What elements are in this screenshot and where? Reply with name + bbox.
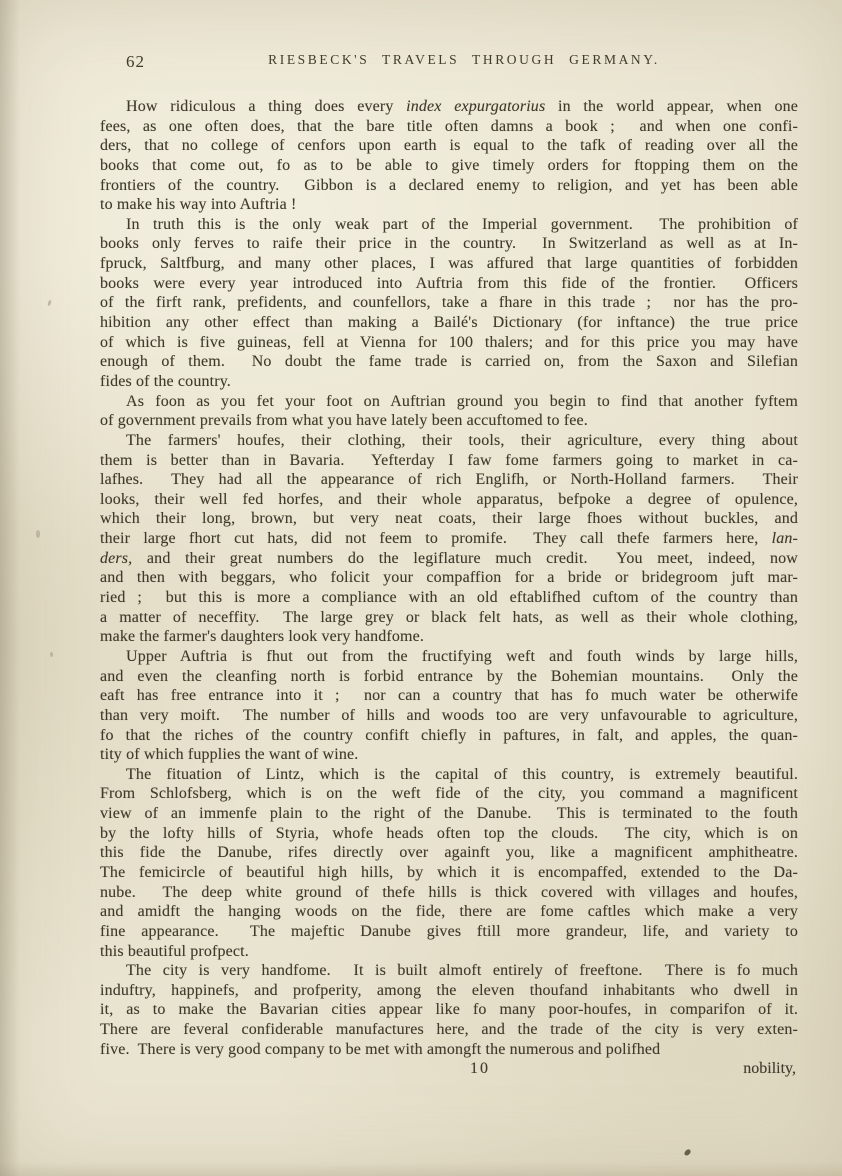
- text-line: which their long, brown, but very neat c…: [100, 509, 798, 529]
- text-line: fpruck, Saltfburg, and many other places…: [100, 254, 798, 274]
- text-line: books were every year introduced into Au…: [100, 274, 798, 294]
- text-line: it, as to make the Bavarian cities appea…: [100, 1000, 798, 1020]
- text-line: to make his way into Auftria !: [100, 195, 798, 215]
- text-line: them is better than in Bavaria. Yefterda…: [100, 451, 798, 471]
- text-line: and amidft the hanging woods on the fide…: [100, 902, 798, 922]
- text-line: induftry, happinefs, and profperity, amo…: [100, 981, 798, 1001]
- text-line: hibition any other effect than making a …: [100, 313, 798, 333]
- text-line: five. There is very good company to be m…: [100, 1040, 798, 1060]
- text-line: and then with beggars, who folicit your …: [100, 568, 798, 588]
- text-line: by the lofty hills of Styria, whofe head…: [100, 824, 798, 844]
- text-line: eaft has free entrance into it ; nor can…: [100, 686, 798, 706]
- text-line: fees, as one often does, that the bare t…: [100, 117, 798, 137]
- ink-speck: [683, 1148, 692, 1156]
- text-block: How ridiculous a thing does every index …: [100, 97, 798, 1079]
- text-line: Upper Auftria is fhut out from the fruct…: [100, 647, 798, 667]
- text-line: this beautiful profpect.: [100, 942, 798, 962]
- text-line: this fide the Danube, rifes directly ove…: [100, 843, 798, 863]
- text-line: a matter of neceffity. The large grey or…: [100, 608, 798, 628]
- text-line: From Schlofsberg, which is on the weft f…: [100, 784, 798, 804]
- text-line: of which is five guineas, fell at Vienna…: [100, 333, 798, 353]
- text-line: make the farmer's daughters look very ha…: [100, 627, 798, 647]
- running-head: 62 RIESBECK'S TRAVELS THROUGH GERMANY.: [100, 52, 798, 68]
- text-line: their large fhort cut hats, did not feem…: [100, 529, 798, 549]
- text-line: How ridiculous a thing does every index …: [100, 97, 798, 117]
- text-line: In truth this is the only weak part of t…: [100, 215, 798, 235]
- ink-speck: [50, 652, 53, 657]
- text-line: The farmers' houfes, their clothing, the…: [100, 431, 798, 451]
- text-line: lafhes. They had all the appearance of r…: [100, 470, 798, 490]
- text-line: books only ferves to raife their price i…: [100, 234, 798, 254]
- text-line: The femicircle of beautiful high hills, …: [100, 863, 798, 883]
- paragraphs: How ridiculous a thing does every index …: [100, 97, 798, 1059]
- text-line: ders, that no college of cenfors upon ea…: [100, 136, 798, 156]
- text-line: The city is very handfome. It is built a…: [100, 961, 798, 981]
- text-line: fine appearance. The majeftic Danube giv…: [100, 922, 798, 942]
- text-line: ried ; but this is more a compliance wit…: [100, 588, 798, 608]
- text-line: enough of them. No doubt the fame trade …: [100, 352, 798, 372]
- text-line: frontiers of the country. Gibbon is a de…: [100, 176, 798, 196]
- book-page-scan: 62 RIESBECK'S TRAVELS THROUGH GERMANY. H…: [0, 0, 842, 1176]
- ink-speck: [47, 300, 52, 307]
- text-line: fo that the riches of the country confif…: [100, 726, 798, 746]
- text-line: of the firft rank, prefidents, and counf…: [100, 293, 798, 313]
- text-line: As foon as you fet your foot on Auftrian…: [100, 392, 798, 412]
- text-line: fides of the country.: [100, 372, 798, 392]
- signature-line: 10 nobility,: [100, 1059, 798, 1079]
- catchword: nobility,: [743, 1059, 796, 1079]
- text-line: The fituation of Lintz, which is the cap…: [100, 765, 798, 785]
- text-line: than very moift. The number of hills and…: [100, 706, 798, 726]
- text-line: ders, and their great numbers do the leg…: [100, 549, 798, 569]
- ink-speck: [36, 530, 40, 538]
- text-line: and even the cleanfing north is forbid e…: [100, 667, 798, 687]
- text-line: nube. The deep white ground of thefe hil…: [100, 883, 798, 903]
- text-line: looks, their well fed horfes, and their …: [100, 490, 798, 510]
- running-title: RIESBECK'S TRAVELS THROUGH GERMANY.: [100, 52, 798, 68]
- page-number: 62: [126, 52, 145, 72]
- text-line: of government prevails from what you hav…: [100, 411, 798, 431]
- text-line: tity of which fupplies the want of wine.: [100, 745, 798, 765]
- text-line: There are feveral confiderable manufactu…: [100, 1020, 798, 1040]
- text-line: books that come out, fo as to be able to…: [100, 156, 798, 176]
- signature-mark: 10: [100, 1059, 798, 1079]
- text-line: view of an immenfe plain to the right of…: [100, 804, 798, 824]
